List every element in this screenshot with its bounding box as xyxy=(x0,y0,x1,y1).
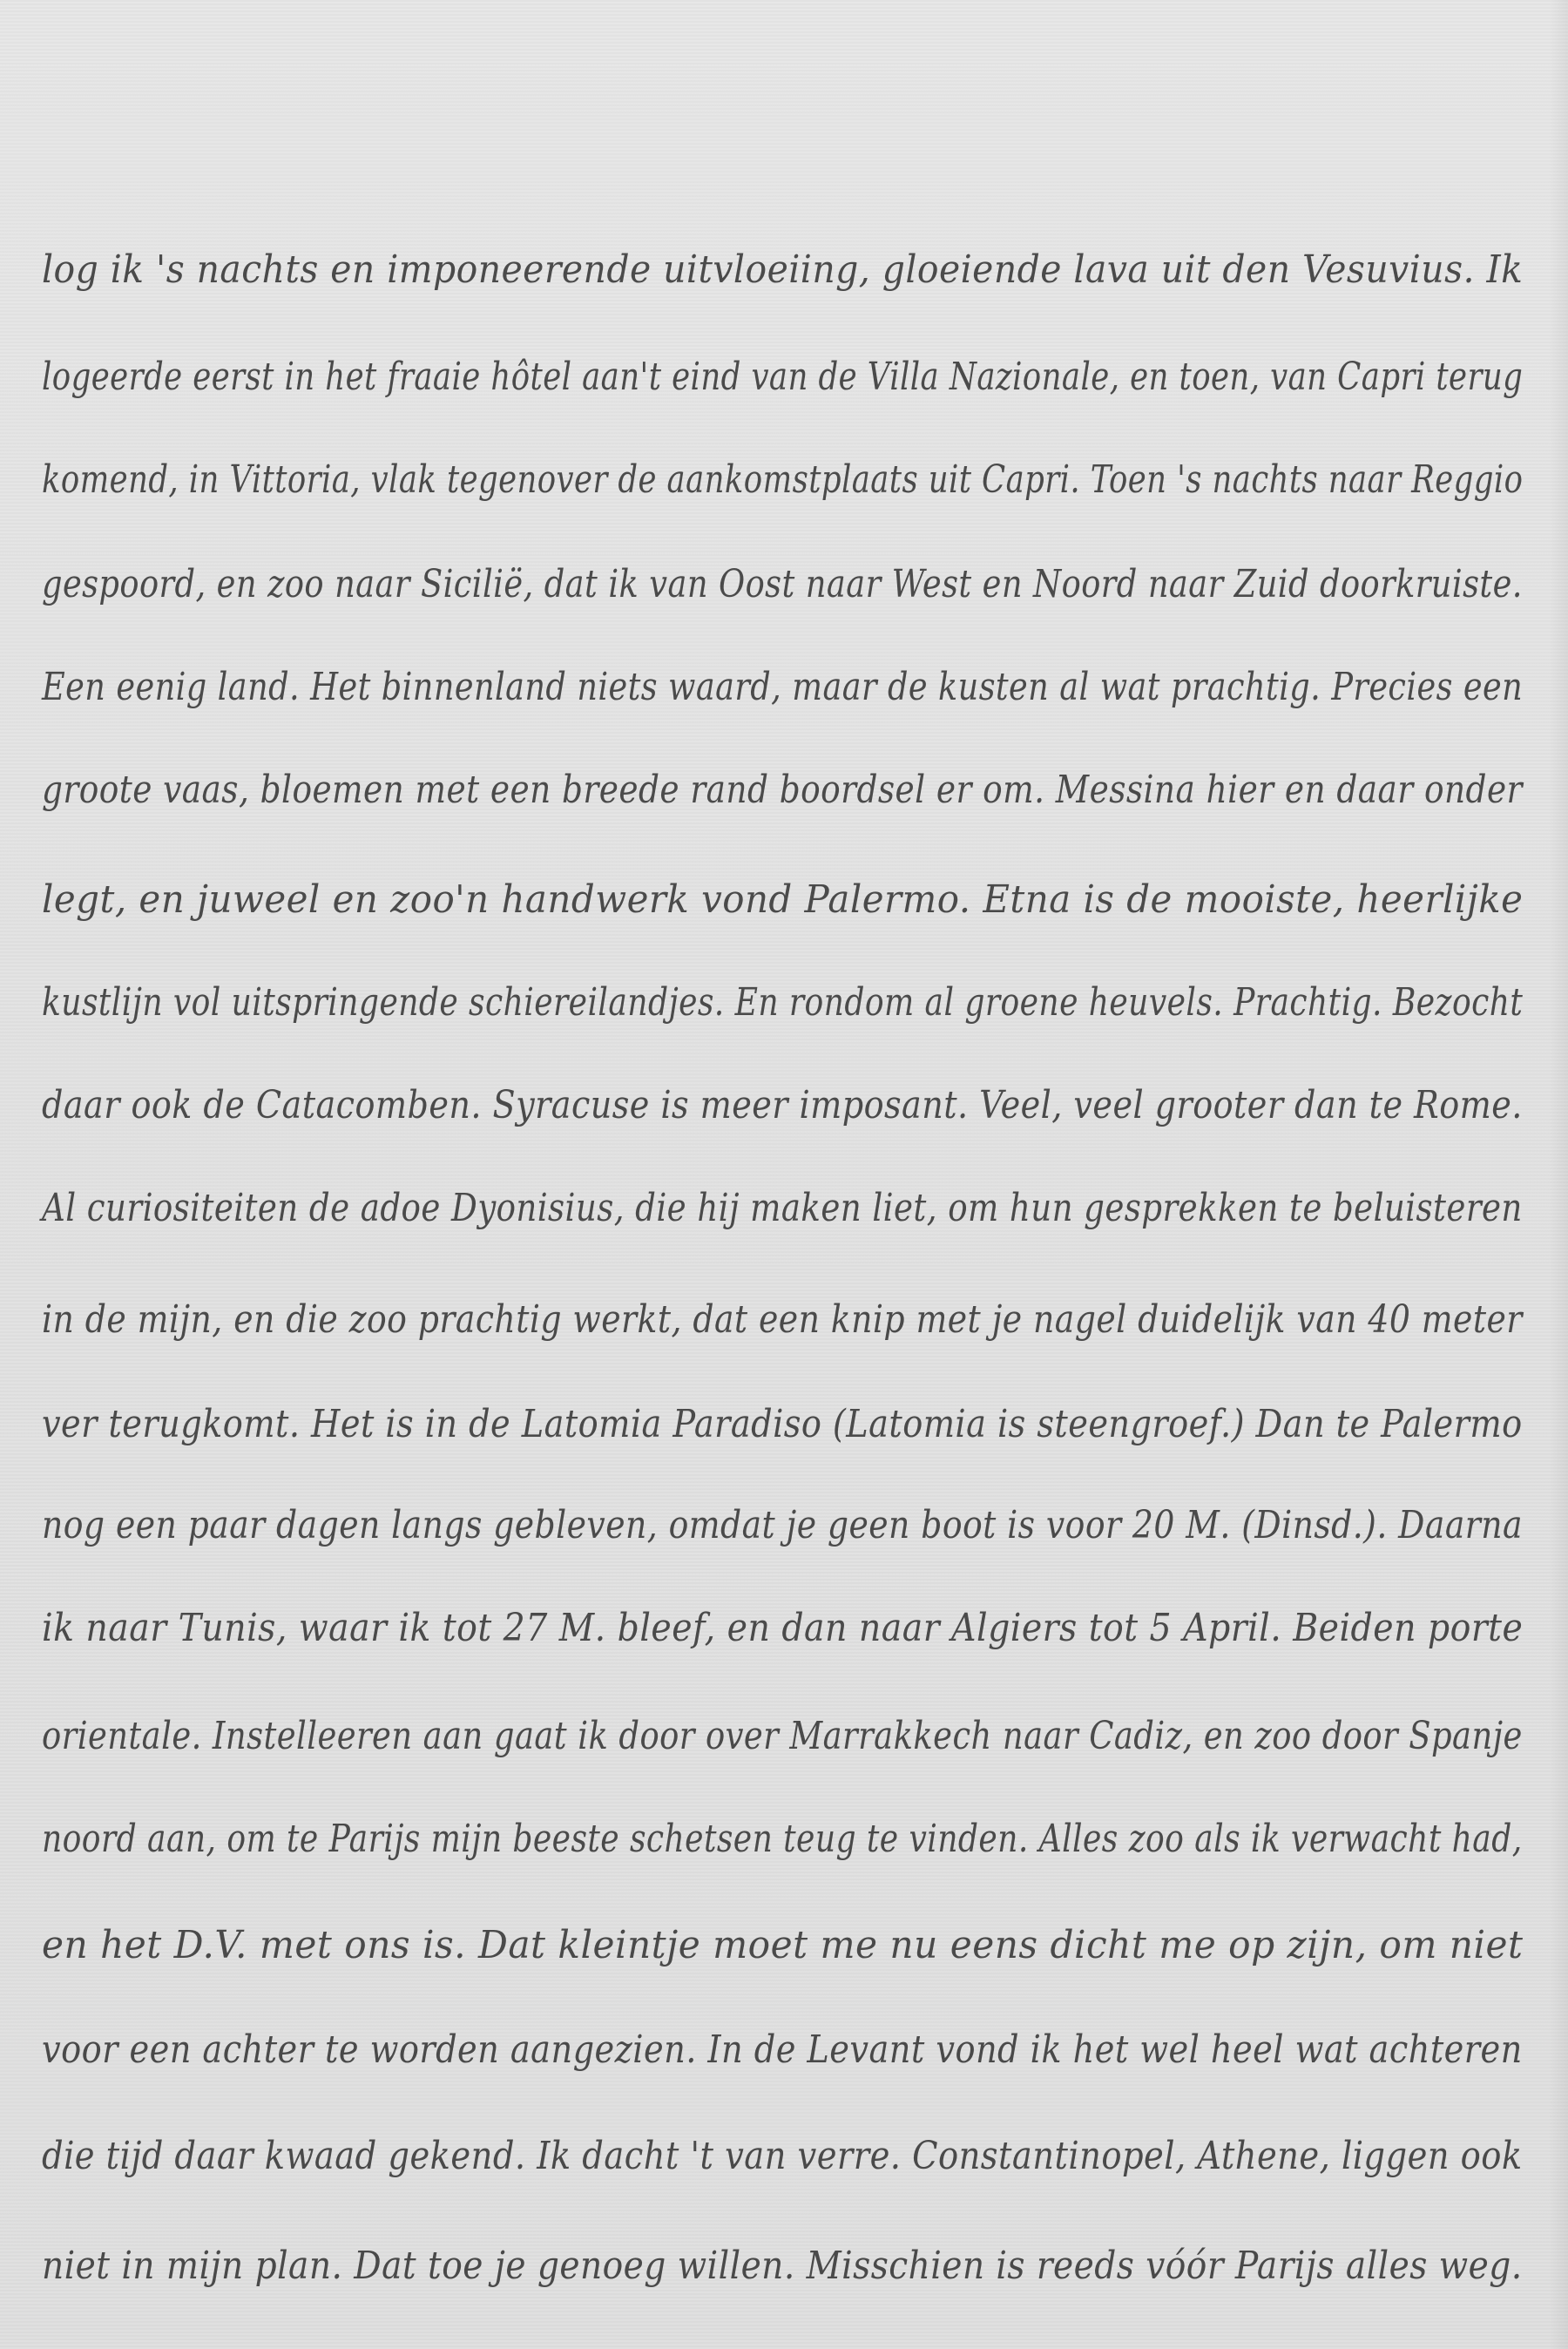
text-line-10: Al curiositeiten de adoe Dyonisius, die … xyxy=(42,1174,1308,1243)
text-line-8: kustlijn vol uitspringende schiereilandj… xyxy=(42,968,1271,1038)
text-line-13: nog een paar dagen langs gebleven, omdat… xyxy=(42,1491,1328,1560)
text-line-4: gespoord, en zoo naar Sicilië, dat ik va… xyxy=(42,550,1294,619)
text-line-19: die tijd daar kwaad gekend. Ik dacht 't … xyxy=(42,2122,1352,2191)
text-line-20: niet in mijn plan. Dat toe je genoeg wil… xyxy=(42,2231,1375,2301)
text-line-5: Een eenig land. Het binnenland niets waa… xyxy=(42,653,1290,722)
text-line-3: komend, in Vittoria, vlak tegenover de a… xyxy=(42,445,1249,515)
text-line-9: daar ook de Catacomben. Syracuse is meer… xyxy=(42,1071,1342,1141)
text-line-12: ver terugkomt. Het is in de Latomia Para… xyxy=(42,1390,1345,1459)
text-line-11: in de mijn, en die zoo prachtig werkt, d… xyxy=(42,1285,1329,1355)
text-line-14: ik naar Tunis, waar ik tot 27 M. bleef, … xyxy=(42,1594,1386,1663)
text-line-17: en het D.V. met ons is. Dat kleintje moe… xyxy=(42,1911,1481,1980)
text-line-18: voor een achter te worden aangezien. In … xyxy=(42,2015,1347,2085)
text-line-1: log ik 's nachts en imponeerende uitvloe… xyxy=(42,235,1435,305)
page-edge-shadow xyxy=(1549,0,1568,2349)
text-line-7: legt, en juweel en zoo'n handwerk vond P… xyxy=(42,865,1470,935)
text-line-16: noord aan, om te Parijs mijn beeste sche… xyxy=(42,1804,1271,1874)
text-line-2: logeerde eerst in het fraaie hôtel aan't… xyxy=(42,342,1252,412)
text-line-15: orientale. Instelleeren aan gaat ik door… xyxy=(42,1702,1299,1771)
text-line-6: groote vaas, bloemen met een breede rand… xyxy=(42,755,1318,825)
letter-page: log ik 's nachts en imponeerende uitvloe… xyxy=(0,0,1568,2349)
